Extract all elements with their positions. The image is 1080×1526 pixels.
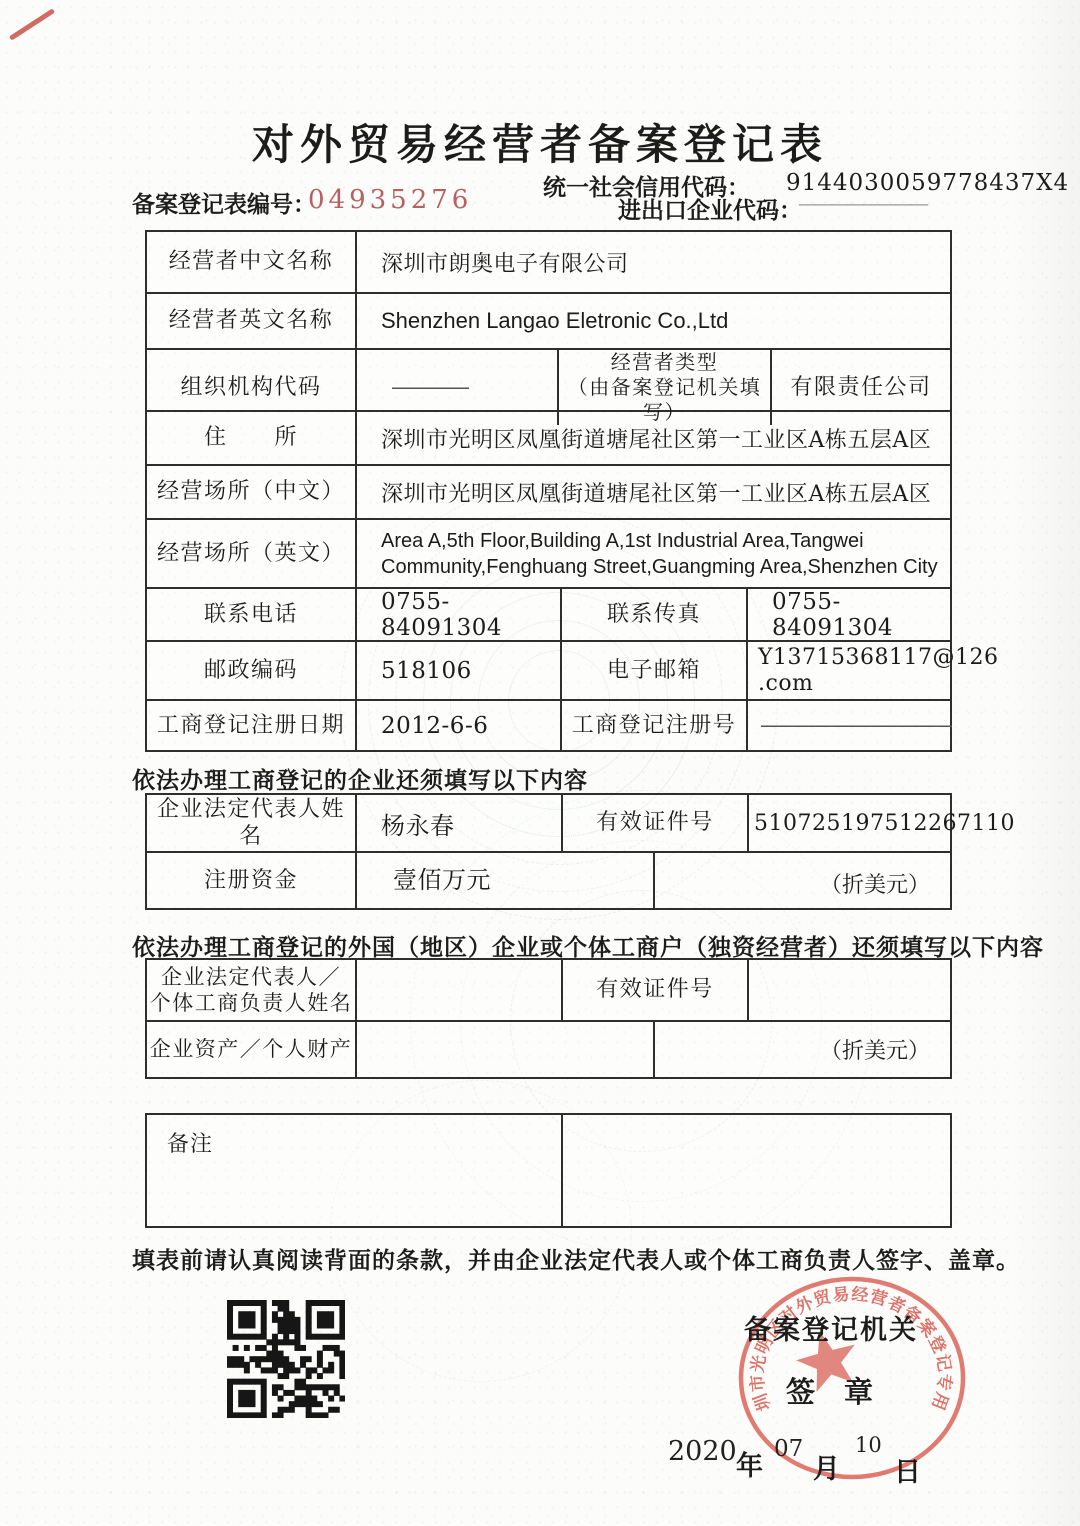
table-row: 经营场所（英文） Area A,5th Floor,Building A,1st… (147, 518, 950, 587)
label-cell: 经营场所（中文） (147, 466, 355, 518)
corner-pen-mark (9, 8, 55, 41)
label-cell: 经营者中文名称 (147, 232, 355, 292)
value-cell: 深圳市光明区凤凰街道塘尾社区第一工业区A栋五层A区 (355, 412, 950, 464)
label-cell: 企业法定代表人姓名 (147, 795, 355, 851)
value-cell: —————————— (746, 701, 950, 750)
table-row: 邮政编码 518106 电子邮箱 Y13715368117@126 .com (147, 640, 950, 699)
remarks-box: 备注 (145, 1113, 952, 1228)
table-row: 注册资金 壹佰万元 （折美元） (147, 851, 950, 908)
form-number-value: 04935276 (308, 185, 472, 215)
label-cell: 联系电话 (147, 589, 355, 641)
label-cell: 邮政编码 (147, 642, 355, 699)
table-row: 企业法定代表人／ 个体工商负责人姓名 有效证件号 (147, 960, 950, 1020)
qr-code-icon (227, 1300, 345, 1418)
date-year-unit: 年 (736, 1444, 763, 1483)
label-cell: 注册资金 (147, 853, 355, 908)
label-cell: 经营者英文名称 (147, 294, 355, 348)
authority-label: 备案登记机关 (744, 1308, 918, 1347)
label-cell: 住 所 (147, 412, 355, 464)
date-day-unit: 日 (894, 1450, 921, 1489)
usd-note: （折美元） (653, 853, 950, 908)
value-cell: 壹佰万元 (355, 853, 653, 908)
date-year: 2020 (668, 1436, 737, 1467)
table-row: 经营场所（中文） 深圳市光明区凤凰街道塘尾社区第一工业区A栋五层A区 (147, 464, 950, 518)
section1-table: 企业法定代表人姓名 杨永春 有效证件号 510725197512267110 注… (145, 793, 952, 910)
table-row: 住 所 深圳市光明区凤凰街道塘尾社区第一工业区A栋五层A区 (147, 410, 950, 464)
value-cell: Area A,5th Floor,Building A,1st Industri… (355, 520, 950, 587)
value-cell (355, 1022, 653, 1077)
table-row: 工商登记注册日期 2012-6-6 工商登记注册号 —————————— (147, 699, 950, 750)
value-cell: 深圳市朗奥电子有限公司 (355, 232, 950, 292)
table-row: 联系电话 0755-84091304 联系传真 0755-84091304 (147, 587, 950, 640)
label-cell: 工商登记注册日期 (147, 701, 355, 750)
value-cell: 510725197512267110 (747, 795, 1015, 851)
page-title: 对外贸易经营者备案登记表 (0, 112, 1080, 172)
value-cell: Shenzhen Langao Eletronic Co.,Ltd (355, 294, 950, 348)
label-cell: 经营场所（英文） (147, 520, 355, 587)
label-cell: 有效证件号 (561, 960, 747, 1020)
table-row: 企业法定代表人姓名 杨永春 有效证件号 510725197512267110 (147, 795, 950, 851)
value-cell: 深圳市光明区凤凰街道塘尾社区第一工业区A栋五层A区 (355, 466, 950, 518)
table-row: 经营者中文名称 深圳市朗奥电子有限公司 (147, 232, 950, 292)
value-cell: 杨永春 (355, 795, 561, 851)
label-cell: 企业资产／个人财产 (147, 1022, 355, 1077)
table-row: 经营者英文名称 Shenzhen Langao Eletronic Co.,Lt… (147, 292, 950, 348)
table-row: 组织机构代码 ———— 经营者类型 （由备案登记机关填写） 有限责任公司 (147, 348, 950, 410)
label-cell: 联系传真 (560, 589, 746, 641)
ie-code-label: 进出口企业代码： (618, 192, 802, 225)
label-cell: 电子邮箱 (560, 642, 746, 699)
label-cell: 有效证件号 (561, 795, 747, 851)
value-cell: 0755-84091304 (746, 589, 950, 641)
table-row: 备注 (147, 1115, 950, 1226)
date-day: 10 (855, 1433, 882, 1457)
remarks-value-cell (561, 1115, 950, 1226)
value-cell: 518106 (355, 642, 560, 699)
label-cell: 工商登记注册号 (560, 701, 746, 750)
value-cell: 0755-84091304 (355, 589, 560, 641)
value-cell (747, 960, 950, 1020)
value-cell: Y13715368117@126 .com (746, 642, 998, 699)
section2-table: 企业法定代表人／ 个体工商负责人姓名 有效证件号 企业资产／个人财产 （折美元） (145, 958, 952, 1079)
scan-edge-shade (1010, 0, 1080, 1526)
sign-seal-label: 签 章 (786, 1370, 873, 1411)
value-cell (355, 960, 561, 1020)
main-table: 经营者中文名称 深圳市朗奥电子有限公司 经营者英文名称 Shenzhen Lan… (145, 230, 952, 752)
date-month-unit: 月 (813, 1447, 840, 1486)
remarks-label: 备注 (147, 1115, 561, 1226)
section1-heading: 依法办理工商登记的企业还须填写以下内容 (132, 762, 588, 795)
label-cell: 企业法定代表人／ 个体工商负责人姓名 (147, 960, 355, 1020)
usd-note: （折美元） (653, 1022, 950, 1077)
value-cell: 2012-6-6 (355, 701, 560, 750)
date-month: 07 (774, 1436, 803, 1462)
form-number-label: 备案登记表编号： (132, 186, 316, 219)
scanned-registration-form: 对外贸易经营者备案登记表 统一社会信用代码： 9144030059778437X… (0, 0, 1080, 1526)
table-row: 企业资产／个人财产 （折美元） (147, 1020, 950, 1077)
ie-code-value: ———————— (798, 193, 926, 215)
